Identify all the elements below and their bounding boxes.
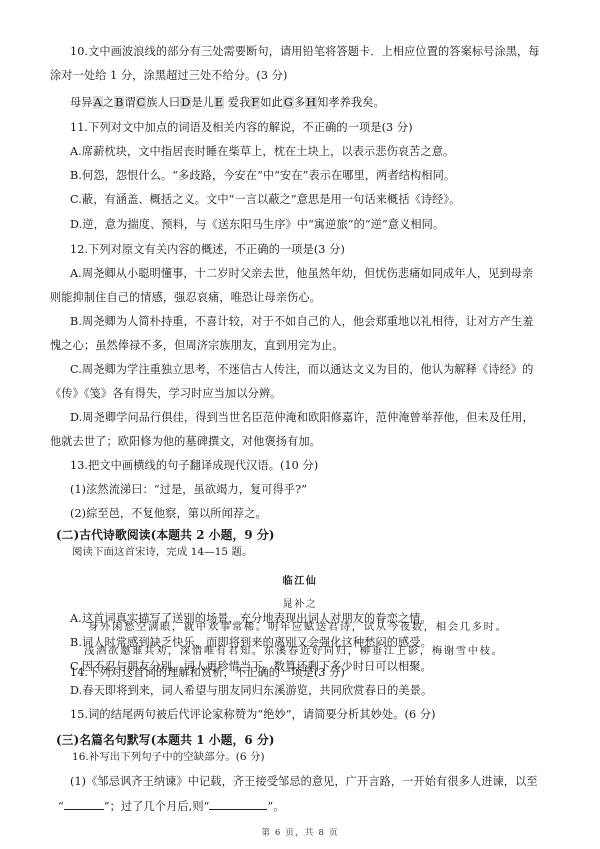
q14-option-a: A.这首词真实描写了送别的场景，充分地表现出词人对朋友的眷恋之情。 [70,612,432,626]
q16-stem: 16.补写出下列句子中的空缺部分。(6 分) [72,750,265,764]
q13-sentence-1: (1)泫然流涕曰：“过是，虽欲竭力，复可得乎?” [70,483,307,497]
text: 多 [294,96,305,109]
answer-mark-h[interactable]: H [305,96,317,109]
q16-1-line1: (1)《邹忌讽齐王纳谏》中记载，齐王接受邹忌的意见，广开言路，一开始有很多人进谏… [70,775,538,789]
q12-option-d-line1: D.周尧卿学问品行俱佳，得到当世名臣范仲淹和欧阳修嘉许，范仲淹曾举荐他，但未及任… [70,411,534,425]
text: 是儿 [191,96,214,109]
text: 谓 [124,96,135,109]
answer-mark-e[interactable]: E [214,96,224,109]
answer-mark-b[interactable]: B [114,96,124,109]
text: 之 [103,96,114,109]
section-2-heading: (二)古代诗歌阅读(本题共 2 小题，9 分) [56,528,275,542]
q13-stem: 13.把文中画横线的句子翻译成现代汉语。(10 分) [70,459,318,473]
answer-mark-d[interactable]: D [180,96,191,109]
section-2-intro: 阅读下面这首宋诗，完成 14—15 题。 [72,545,253,559]
fill-blank-2[interactable] [209,799,267,810]
q10-stem-line1: 10.文中画波浪线的部分有三处需要断句，请用铅笔将答题卡．上相应位置的答案标号涂… [70,45,540,59]
q14-option-b: B.词人时常感到缺乏快乐，而即将到来的离别又会强化这种愁闷的感受。 [70,636,432,650]
q12-option-a-line1: A.周尧卿从小聪明懂事，十二岁时父亲去世，他虽然年幼，但忧伤悲痛如同成年人，见到… [70,267,533,281]
q14-option-c: C.因不忍与朋友分别，词人更珍惜当下，数算还剩下多少时日可以相聚。 [70,660,432,674]
fill-blank-1[interactable] [64,799,104,810]
page-number-footer: 第 6 页，共 8 页 [0,826,600,840]
q11-option-d: D.逆，意为揣度、预料，与《送东阳马生序》中“寓逆旅”的“逆”意义相同。 [70,218,444,232]
q14-option-d: D.春天即将到来，词人希望与朋友同归东溪游览，共同欣赏春日的美景。 [70,684,432,698]
text: ”；过了几个月后,则“ [104,800,210,813]
poem-title: 临江仙 [0,575,600,589]
answer-mark-a[interactable]: A [93,96,103,109]
q12-option-b-line1: B.周尧卿为人简朴持重，不喜计较，对于不如自己的人，他会郑重地以礼相待，让对方产… [70,315,533,329]
answer-mark-g[interactable]: G [283,96,294,109]
text: 如此 [260,96,283,109]
exam-page: 10.文中画波浪线的部分有三处需要断句，请用铅笔将答题卡．上相应位置的答案标号涂… [0,0,600,849]
poem-author: 晁补之 [0,598,600,612]
text: 母异 [70,96,93,109]
answer-mark-c[interactable]: C [136,96,147,109]
q12-stem: 12.下列对原文有关内容的概述，不正确的一项是(3 分) [70,243,345,257]
q15-stem: 15.词的结尾两句被后代评论家称赞为“绝妙”，请简要分析其妙处。(6 分) [70,708,436,722]
q12-option-c-line2: 《传》《笺》各有得失，学习时应当加以分辨。 [50,387,281,401]
q11-stem: 11.下列对文中加点的词语及相关内容的解说，不正确的一项是(3 分) [70,121,413,135]
section-3-heading: (三)名篇名句默写(本题共 1 小题，6 分) [56,733,275,747]
text: 族人曰 [146,96,180,109]
quote-close: ”。 [267,800,284,813]
q11-option-b: B.何怨，怨恨什么。“多歧路，今安在”中“安在”表示在哪里，两者结构相同。 [70,169,455,183]
q13-sentence-2: (2)綜至邑，不复他察，第以所闻荐之。 [70,507,267,521]
q11-option-c: C.蔽，有涵盖、概括之义。文中“一言以蔽之”意思是用一句话来概括《诗经》。 [70,193,460,207]
q10-sentence: 母异A之B谓C族人曰D是儿E 爱我F如此G多H知孝养我矣。 [70,96,385,110]
text: 知孝养我矣。 [317,96,385,109]
q12-option-d-line2: 他就去世了；欧阳修为他的墓碑撰文，对他褒扬有加。 [50,435,321,449]
q10-stem-line2: 涂对一处给 1 分，涂黑超过三处不给分。(3 分) [50,69,288,83]
q12-option-a-line2: 则能抑制住自己的情感，强忍哀痛，唯恐让母亲伤心。 [50,291,321,305]
q12-option-c-line1: C.周尧卿为学注重独立思考，不迷信古人传注，而以通达文义为目的，他认为解释《诗经… [70,363,533,377]
text: 爱我 [224,96,250,109]
answer-mark-f[interactable]: F [250,96,260,109]
q12-option-b-line2: 愧之心；虽然俸禄不多，但周济宗族朋友，直到用完为止。 [50,339,343,353]
q16-1-line2: “”；过了几个月后,则“”。 [58,799,285,814]
q11-option-a: A.席薪枕块，文中指居丧时睡在柴草上，枕在土块上，以表示悲伤哀苦之意。 [70,145,454,159]
